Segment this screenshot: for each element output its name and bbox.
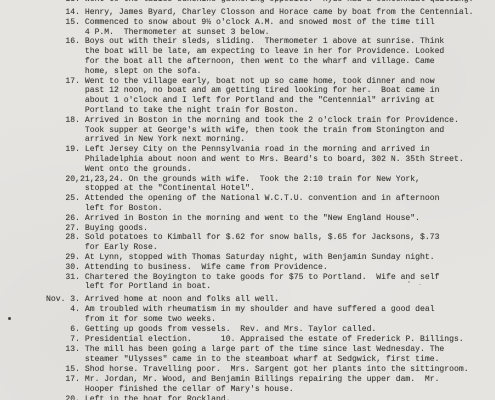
journal-entry: 17. Mr. Jordan, Mr. Wood, and Benjamin B… [46, 375, 495, 395]
journal-entry: 15. Commenced to snow about 9½ o'clock A… [46, 18, 495, 38]
journal-entry: 13. The mill has been going a large part… [46, 345, 495, 365]
scanned-journal-page: { "colors": { "paper": "#e6e4e1", "ink":… [0, 0, 495, 400]
journal-entry: 20. Left in the boat for Rockland. [46, 395, 495, 400]
journal-entry: 19. Left Jersey City on the Pennsylvania… [46, 145, 495, 174]
journal-entry: 14. Henry, James Byard, Charley Closson … [46, 8, 495, 18]
journal-entry: 7. Presidential election. 10. Appraised … [46, 335, 495, 345]
journal-entry: 15. Shod horse. Travelling poor. Mrs. Sa… [46, 365, 495, 375]
journal-entry: 17. Went to the village early, boat not … [46, 77, 495, 116]
journal-entry: 27. Buying goods. [46, 224, 495, 234]
journal-entry: 29. At Lynn, stopped with Thomas Saturda… [46, 253, 495, 263]
journal-entry: 28. Sold potatoes to Kimball for $.62 fo… [46, 233, 495, 253]
paper-speck [419, 284, 421, 285]
paper-speck [408, 281, 410, 283]
journal-entry: 18. Arrived in Boston in the morning and… [46, 116, 495, 145]
journal-entry: 31. Chartered the Boyington to take good… [46, 273, 495, 293]
journal-entry: 25. Attended the opening of the National… [46, 194, 495, 214]
october-entries: 14. Henry, James Byard, Charley Closson … [0, 0, 495, 292]
journal-entry: 4. Am troubled with rheumatism in my sho… [46, 305, 495, 325]
november-entries: Nov. 3. Arrived home at noon and folks a… [0, 295, 495, 400]
journal-entry: 30. Attending to business. Wife came fro… [46, 263, 495, 273]
journal-entry: 20,21,23,24. On the grounds with wife. T… [46, 175, 495, 195]
journal-entry: 26. Arrived in Boston in the morning and… [46, 214, 495, 224]
journal-entry: 16. Boys out with their sleds, sliding. … [46, 37, 495, 76]
paper-speck [8, 317, 11, 320]
journal-entry: 6. Getting up goods from vessels. Rev. a… [46, 325, 495, 335]
journal-text: 14. Henry, James Byard, Charley Closson … [0, 0, 495, 400]
journal-entry: Nov. 3. Arrived home at noon and folks a… [46, 295, 495, 305]
